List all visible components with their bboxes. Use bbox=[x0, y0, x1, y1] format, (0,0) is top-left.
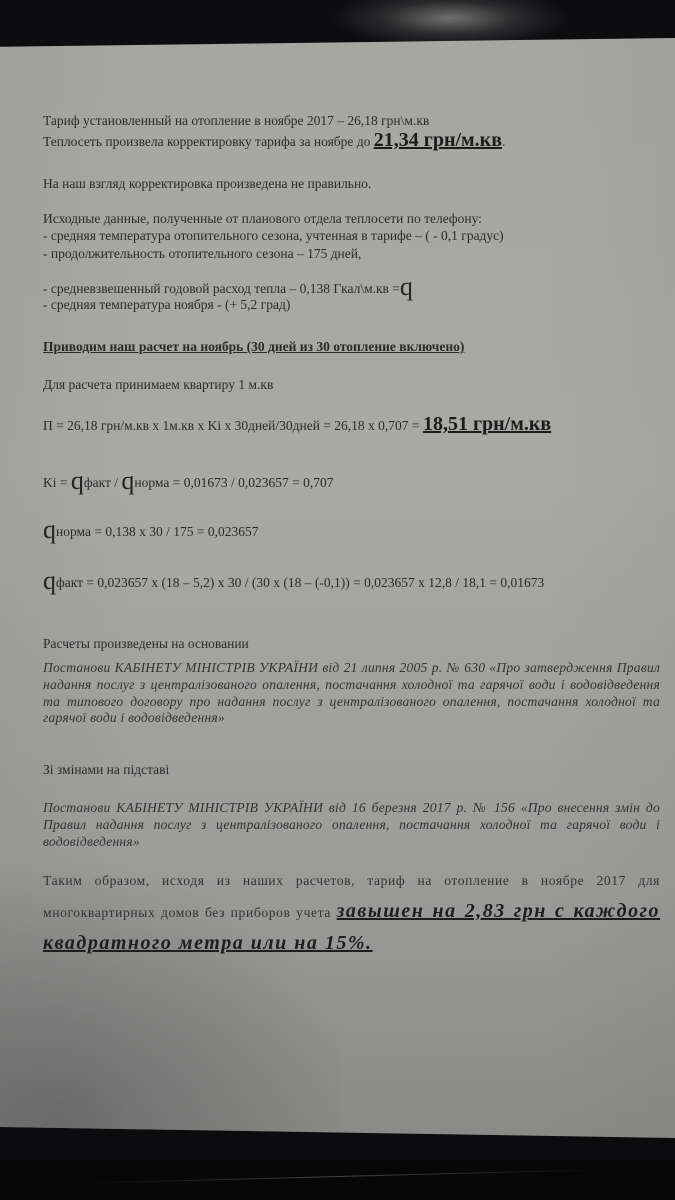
heat-consumption-text: - средневзвешенный годовой расход тепла … bbox=[43, 281, 400, 296]
source-item-season-length: - продолжительность отопительного сезона… bbox=[43, 246, 361, 262]
basis-label: Расчеты произведены на основании bbox=[43, 636, 249, 652]
resolution-156: Постанови КАБІНЕТУ МІНІСТРІВ УКРАЇНИ від… bbox=[43, 800, 660, 850]
q-norm-symbol: q bbox=[43, 515, 56, 544]
background-bottom-edge bbox=[0, 1160, 675, 1200]
ki-label: Ki = bbox=[43, 475, 71, 490]
correction-suffix: . bbox=[502, 134, 505, 149]
formula-q-norm: qнорма = 0,138 х 30 / 175 = 0,023657 bbox=[43, 522, 258, 540]
calculation-assumption: Для расчета принимаем квартиру 1 м.кв bbox=[43, 377, 273, 393]
resolution-630: Постанови КАБІНЕТУ МІНІСТРІВ УКРАЇНИ від… bbox=[43, 660, 660, 727]
q-fact-symbol: q bbox=[43, 566, 56, 595]
q-norm-symbol: q bbox=[121, 466, 134, 495]
ki-rest: норма = 0,01673 / 0,023657 = 0,707 bbox=[134, 475, 333, 490]
source-data-title: Исходные данные, полученные от планового… bbox=[43, 211, 482, 227]
conclusion: Таким образом, исходя из наших расчетов,… bbox=[43, 866, 660, 960]
formula-p-text: П = 26,18 грн/м.кв х 1м.кв х Ki х 30дней… bbox=[43, 418, 423, 433]
changes-label: Зі змінами на підставі bbox=[43, 762, 169, 778]
opinion-line: На наш взгляд корректировка произведена … bbox=[43, 176, 371, 192]
tariff-set-line: Тариф установленный на отопление в ноябр… bbox=[43, 113, 429, 129]
formula-p: П = 26,18 грн/м.кв х 1м.кв х Ki х 30дней… bbox=[43, 416, 551, 434]
ki-fact-sub: факт / bbox=[84, 475, 122, 490]
glint-line bbox=[80, 1169, 600, 1184]
source-item-heat-consumption: - средневзвешенный годовой расход тепла … bbox=[43, 279, 413, 297]
formula-ki: Ki = qфакт / qнорма = 0,01673 / 0,023657… bbox=[43, 473, 333, 491]
q-symbol: q bbox=[400, 272, 413, 301]
source-item-avg-temp: - средняя температура отопительного сезо… bbox=[43, 228, 504, 244]
q-norm-rest: норма = 0,138 х 30 / 175 = 0,023657 bbox=[56, 524, 258, 539]
formula-p-result: 18,51 грн/м.кв bbox=[423, 413, 551, 435]
q-fact-symbol: q bbox=[71, 466, 84, 495]
calculation-heading: Приводим наш расчет на ноябрь (30 дней и… bbox=[43, 339, 464, 355]
correction-prefix: Теплосеть произвела корректировку тарифа… bbox=[43, 134, 374, 149]
source-item-november-temp: - средняя температура ноября - (+ 5,2 гр… bbox=[43, 297, 290, 313]
q-fact-rest: факт = 0,023657 х (18 – 5,2) х 30 / (30 … bbox=[56, 575, 544, 590]
correction-line: Теплосеть произвела корректировку тарифа… bbox=[43, 132, 505, 150]
formula-q-fact: qфакт = 0,023657 х (18 – 5,2) х 30 / (30… bbox=[43, 573, 544, 591]
correction-value: 21,34 грн/м.кв bbox=[374, 129, 502, 151]
